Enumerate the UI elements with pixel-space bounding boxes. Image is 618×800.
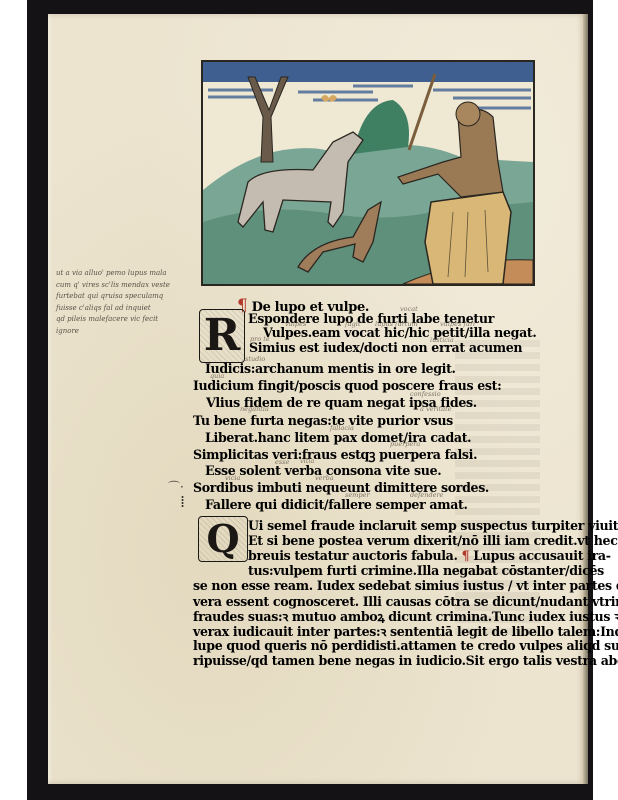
rubric-pilcrow-icon: ¶: [462, 548, 470, 563]
annotation-line: cum q' vires sc'lis mendax veste: [56, 280, 206, 292]
prose-line: tus:vulpem furti crimine.Illa negabat cō…: [248, 563, 604, 578]
interlinear-gloss: defendere: [410, 491, 443, 499]
verse-line: Liberat.hanc litem pax domet/ira cadat.: [205, 430, 471, 445]
annotation-line: furtebat qui qruisa speculamq: [56, 291, 206, 303]
verse-line: Tu bene furta negas:te vite purior vsus: [193, 413, 453, 428]
interlinear-gloss: studio: [245, 355, 265, 363]
interlinear-gloss: vulpes furi: [440, 320, 475, 328]
interlinear-gloss: quia: [210, 372, 224, 380]
prose-line: Ui semel fraude inclaruit semp suspectus…: [248, 518, 618, 533]
verse-line: Simius est iudex/docti non errat acumen: [249, 340, 522, 355]
prose-text: breuis testatur auctoris fabula.: [248, 548, 458, 563]
interlinear-gloss: vulpes: [285, 320, 306, 328]
interlinear-gloss: esse: [275, 458, 289, 466]
marginal-brace-mark: ⁞: [180, 492, 185, 511]
interlinear-gloss: pro te: [250, 335, 270, 343]
prose-line: Et si bene postea verum dixerit/nō illi …: [248, 533, 618, 548]
decorated-initial-r: R: [199, 309, 245, 363]
interlinear-gloss: vitia: [300, 457, 314, 465]
verse-line: Iudicium fingit/poscis quod poscere frau…: [193, 378, 501, 393]
prose-line: lupe quod queris nō perdidisti.attamen t…: [193, 638, 618, 653]
interlinear-gloss: semper: [345, 491, 369, 499]
page-edge-shadow: [583, 14, 588, 784]
interlinear-gloss: negantia: [240, 405, 269, 413]
interlinear-gloss: vocat: [400, 305, 418, 313]
annotation-line: ut a via alluo' pemo lupus mala: [56, 268, 206, 280]
prose-text: Lupus accusauit ira-: [473, 548, 610, 563]
prose-line: breuis testatur auctoris fabula. ¶ Lupus…: [248, 548, 611, 563]
woodcut-illustration: [201, 60, 535, 286]
prose-line: se non esse ream. Iudex sedebat simius i…: [193, 578, 618, 593]
decorated-initial-q: Q: [198, 516, 248, 562]
interlinear-gloss: vicia: [225, 474, 240, 482]
interlinear-gloss: a veritate: [420, 405, 452, 413]
interlinear-gloss: confessio: [410, 390, 441, 398]
verse-line: Sordibus imbuti nequeunt dimittere sorde…: [193, 480, 489, 495]
verse-line: Simplicitas veri:fraus estqꝫ puerpera fa…: [193, 446, 477, 463]
verse-line: Fallere qui didicit/fallere semper amat.: [205, 497, 468, 512]
interlinear-gloss: verba: [315, 474, 334, 482]
woodcut-wolf-fox-ape-icon: [203, 62, 533, 284]
interlinear-gloss: fallacia: [330, 424, 354, 432]
prose-line: ripuisse/qd tamen bene negas in iudicio.…: [193, 653, 618, 668]
marginal-annotation: ut a via alluo' pemo lupus mala cum q' v…: [56, 268, 206, 337]
annotation-line: ignore: [56, 326, 206, 338]
interlinear-gloss: fugit: [345, 320, 360, 328]
annotation-line: fuisse c'aliqs fal ad inquiet: [56, 303, 206, 315]
interlinear-gloss: lupus furtum: [375, 320, 418, 328]
interlinear-gloss: puerpera: [390, 440, 420, 448]
annotation-line: qd pileis malefacere vic fecit: [56, 314, 206, 326]
verse-line: Iudicis:archanum mentis in ore legit.: [205, 361, 456, 376]
interlinear-gloss: iusticia: [430, 336, 454, 344]
